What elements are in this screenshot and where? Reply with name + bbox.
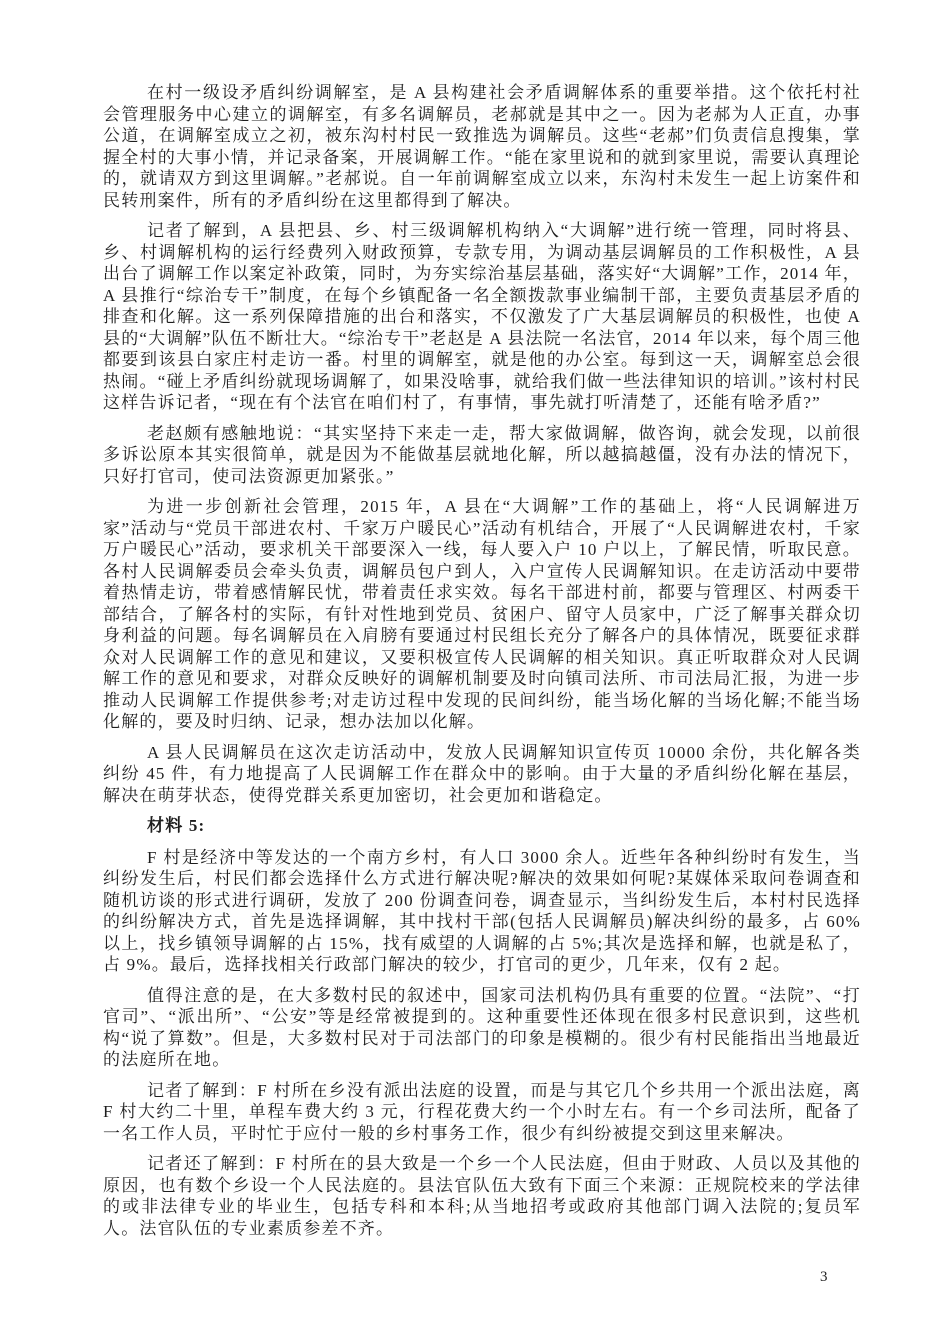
material-text-body: 在村一级设矛盾纠纷调解室，是 A 县构建社会矛盾调解体系的重要举措。这个依托村社… <box>103 82 861 1248</box>
paragraph-laozhao-quote: 老赵颇有感触地说：“其实坚持下来走一走，帮大家做调解，做咨询，就会发现，以前很多… <box>103 423 861 488</box>
page-number: 3 <box>820 1269 828 1286</box>
paragraph-campaign-results: A 县人民调解员在这次走访活动中，发放人民调解知识宣传页 10000 余份，共化… <box>103 742 861 807</box>
paragraph-judge-sources: 记者还了解到：F 村所在的县大致是一个乡一个人民法庭，但由于财政、人员以及其他的… <box>103 1153 861 1239</box>
paragraph-dispatched-tribunal: 记者了解到：F 村所在乡没有派出法庭的设置，而是与其它几个乡共用一个派出法庭，离… <box>103 1080 861 1145</box>
paragraph-village-f-survey: F 村是经济中等发达的一个南方乡村，有人口 3000 余人。近些年各种纠纷时有发… <box>103 847 861 976</box>
paragraph-judicial-institutions: 值得注意的是，在大多数村民的叙述中，国家司法机构仍具有重要的位置。“法院”、“打… <box>103 985 861 1071</box>
paragraph-mediation-campaign-2015: 为进一步创新社会管理，2015 年，A 县在“大调解”工作的基础上，将“人民调解… <box>103 496 861 733</box>
section-heading-material-5: 材料 5: <box>103 815 861 837</box>
paragraph-big-mediation-system: 记者了解到，A 县把县、乡、村三级调解机构纳入“大调解”进行统一管理，同时将县、… <box>103 220 861 414</box>
paragraph-mediation-room: 在村一级设矛盾纠纷调解室，是 A 县构建社会矛盾调解体系的重要举措。这个依托村社… <box>103 82 861 211</box>
